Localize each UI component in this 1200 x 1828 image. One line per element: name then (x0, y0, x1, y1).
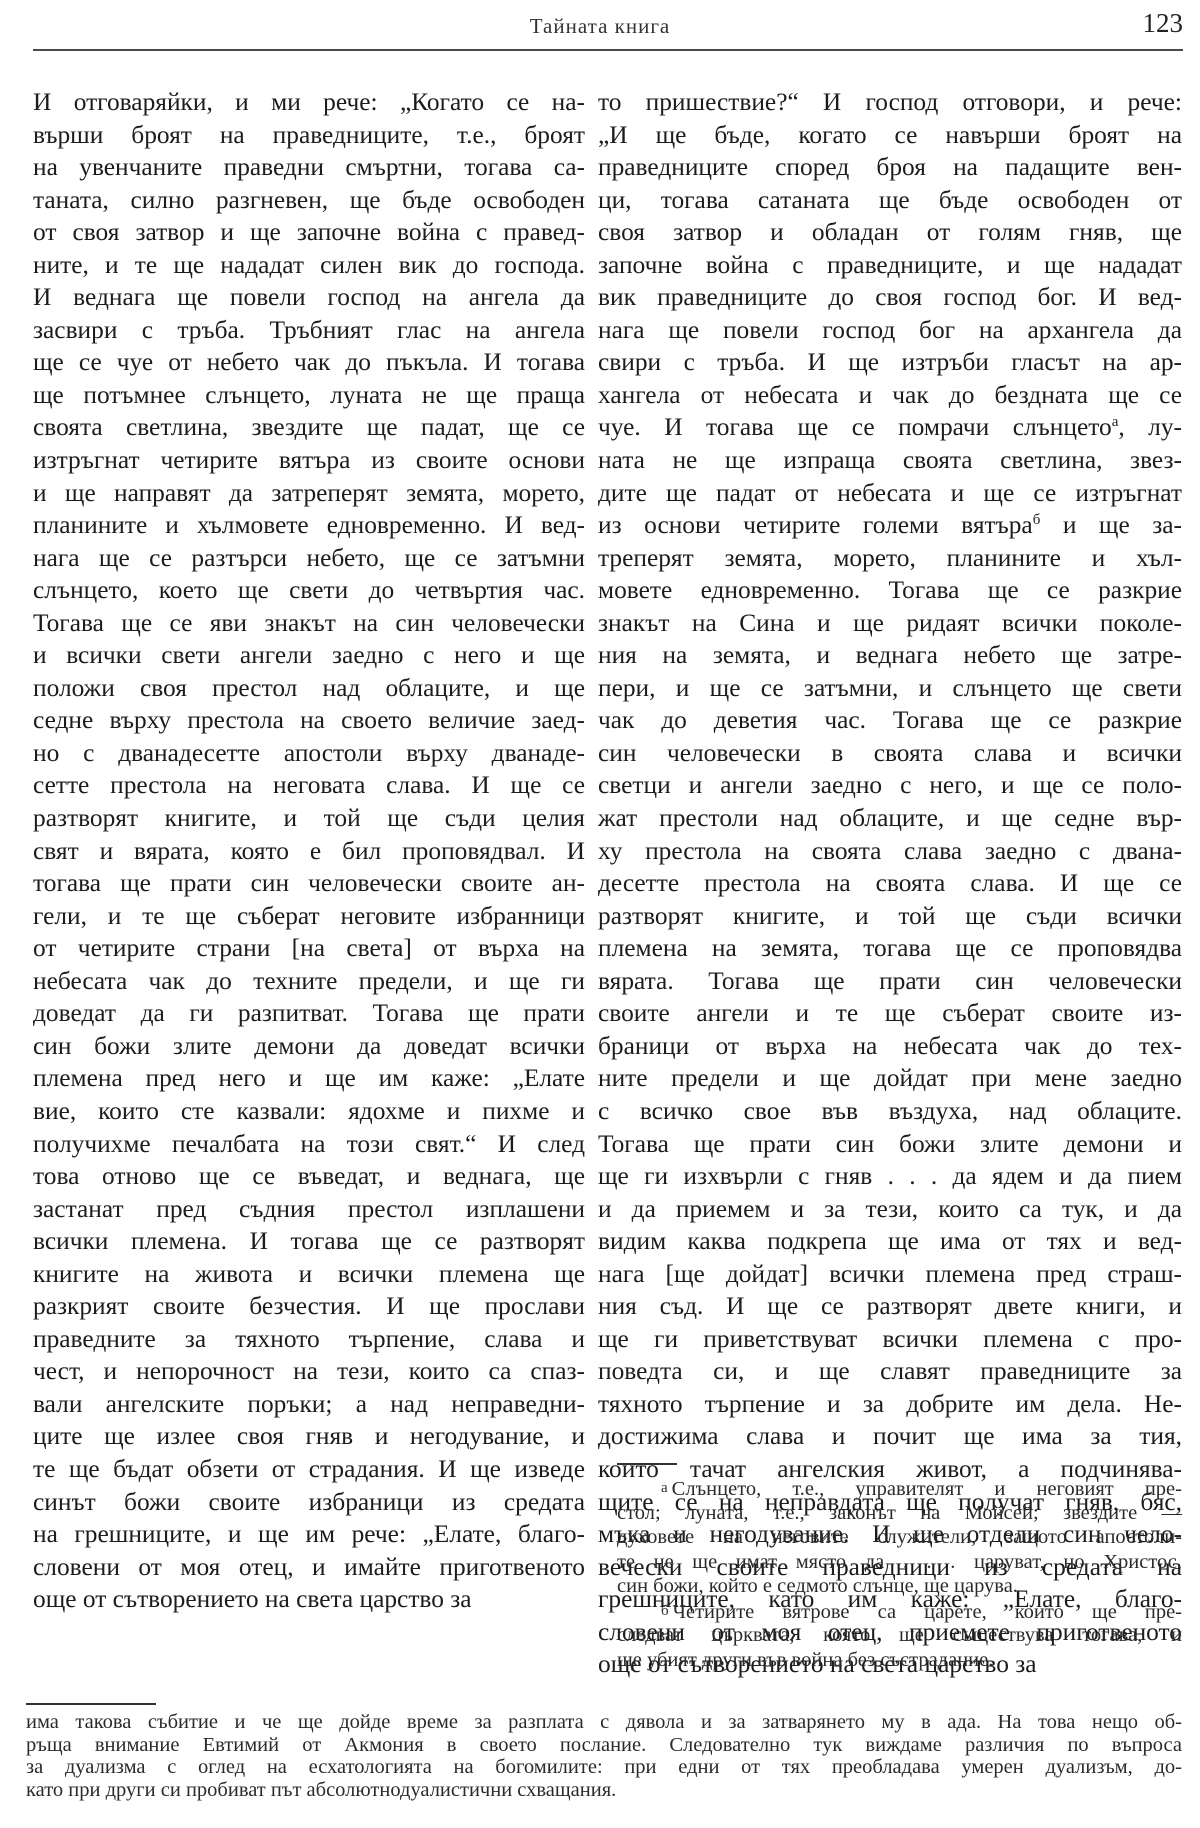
text-line: дите ще падат от небесата и ще се изтръг… (598, 477, 1182, 510)
text-line: слънцето, което ще свети до четвъртия ча… (33, 574, 585, 607)
text-line: свят и вярата, която е бил проповядвал. … (33, 835, 585, 868)
text-line: десетте престола на своята слава. И ще с… (598, 867, 1182, 900)
footnote-line: духовете на неговите служители, защото а… (617, 1525, 1182, 1550)
text-line: изтръгнат четирите вятъра из своите осно… (33, 444, 585, 477)
text-line: ните предели и ще дойдат при мене заедно (598, 1062, 1182, 1095)
footnote-line: стол; луната, т.е., законът на Мойсей; з… (617, 1501, 1182, 1526)
text-line: светци и ангели заедно с него, и ще се п… (598, 769, 1182, 802)
bottom-footnote-rule (26, 1703, 156, 1705)
text-line: на увенчаните праведни смъртни, тогава с… (33, 151, 585, 184)
footnotes: аСлънцето, т.е., управителят и неговият … (617, 1476, 1182, 1672)
text-line: ната не ще изпраща своята светлина, звез… (598, 444, 1182, 477)
text-line: И веднага ще повели господ на ангела да (33, 281, 585, 314)
footnote-rule (617, 1463, 677, 1465)
text-line: нага [ще дойдат] всички племена пред стр… (598, 1258, 1182, 1291)
text-line: ще ги изхвърли с гняв . . . да ядем и да… (598, 1160, 1182, 1193)
text-line: но с дванадесетте апостоли върху дванаде… (33, 737, 585, 770)
text-line: разкрият своите безчестия. И ще прослави (33, 1290, 585, 1323)
text-line: започне война с праведниците, и ще надад… (598, 249, 1182, 282)
text-line: тогава ще прати син человечески своите а… (33, 867, 585, 900)
text-line: засвири с тръба. Тръбният глас на ангела (33, 314, 585, 347)
text-line: ните, и те ще нададат силен вик до госпо… (33, 249, 585, 282)
text-line: своята светлина, звездите ще падат, ще с… (33, 411, 585, 444)
text-line: из основи четирите големи вятъраб и ще з… (598, 509, 1182, 542)
text-line: чуе. И тогава ще се помрачи слънцетоа, л… (598, 411, 1182, 444)
text-line: достижима слава и почит ще има за тия, (598, 1420, 1182, 1453)
text-line: то пришествие?“ И господ отговори, и реч… (598, 86, 1182, 119)
text-line: знакът на Сина и ще ридаят всички поколе… (598, 607, 1182, 640)
footnote-reference[interactable]: а (1112, 414, 1119, 430)
text-line: доведат да ги разпитват. Тогава ще прати (33, 997, 585, 1030)
bottom-footnote: има такова събитие и че ще дойде време з… (26, 1711, 1182, 1801)
text-line: върши броят на праведниците, т.е., броят (33, 119, 585, 152)
text-line: син человечески в своята слава и всички (598, 737, 1182, 770)
text-line: ху престола на своята слава заедно с два… (598, 835, 1182, 868)
footnote-line: има такова събитие и че ще дойде време з… (26, 1711, 1182, 1734)
right-column: то пришествие?“ И господ отговори, и реч… (598, 86, 1182, 1681)
text-line: всички племена. И тогава ще се разтворят (33, 1225, 585, 1258)
text-line: хангела от небесата и чак до бездната ще… (598, 379, 1182, 412)
text-line: нага ще повели господ бог на архангела д… (598, 314, 1182, 347)
footnote-line: за дуализма с оглед на есхатологията на … (26, 1756, 1182, 1779)
text-line: ще потъмнее слънцето, луната не ще праща (33, 379, 585, 412)
footnote-line: следват църквата, която ще съществува то… (617, 1623, 1182, 1648)
text-line: поведта си, и ще славят праведниците за (598, 1355, 1182, 1388)
text-line: син божи злите демони да доведат всички (33, 1030, 585, 1063)
text-line: гели, и те ще съберат неговите избранниц… (33, 900, 585, 933)
text-line: праведниците според броя на падащите вен… (598, 151, 1182, 184)
text-line: разтворят книгите, и той ще съди целия (33, 802, 585, 835)
text-line: ци, тогава сатаната ще бъде освободен от (598, 184, 1182, 217)
text-line: получихме печалбата на този свят.“ И сле… (33, 1128, 585, 1161)
text-line: книгите на живота и всички племена ще (33, 1258, 585, 1291)
text-line: нага ще се разтърси небето, ще се затъмн… (33, 542, 585, 575)
text-line: словени от моя отец, и имайте приготвено… (33, 1551, 585, 1584)
text-line: и ще направят да затреперят земята, море… (33, 477, 585, 510)
header-rule (33, 49, 1183, 51)
text-line: ния съд. И ще се разтворят двете книги, … (598, 1290, 1182, 1323)
text-line: „И ще бъде, когато се навърши броят на (598, 119, 1182, 152)
text-line: праведните за тяхното търпение, слава и (33, 1323, 585, 1356)
text-line: своя затвор и обладан от голям гняв, ще (598, 216, 1182, 249)
text-line: таната, силно разгневен, ще бъде освобод… (33, 184, 585, 217)
text-line: своите ангели и те ще съберат своите из- (598, 997, 1182, 1030)
text-line: седне върху престола на своето величие з… (33, 704, 585, 737)
footnote-line: бЧетирите вятрове са царете, които ще пр… (617, 1599, 1182, 1624)
text-line: разтворят книгите, и той ще съди всички (598, 900, 1182, 933)
footnote-line: те не ще имат място да . . . царуват, но… (617, 1550, 1182, 1575)
text-line: още от сътворението на света царство за (33, 1583, 585, 1616)
text-line: И отговаряйки, и ми рече: „Когато се на- (33, 86, 585, 119)
footnote-line: аСлънцето, т.е., управителят и неговият … (617, 1476, 1182, 1501)
text-line: сетте престола на неговата слава. И ще с… (33, 769, 585, 802)
text-line: положи своя престол над облаците, и ще (33, 672, 585, 705)
text-line: на грешниците, и ще им рече: „Елате, бла… (33, 1518, 585, 1551)
text-line: планините и хълмовете едновременно. И ве… (33, 509, 585, 542)
text-line: племена на земята, тогава ще се проповяд… (598, 932, 1182, 965)
text-line: свири с тръба. И ще изтръби гласът на ар… (598, 346, 1182, 379)
footnote-mark: б (661, 1603, 669, 1619)
text-line: и да приемем и за тези, които са тук, и … (598, 1193, 1182, 1226)
text-line: чест, и непорочност на тези, които са сп… (33, 1355, 585, 1388)
running-title: Тайната книга (0, 14, 1200, 39)
page-number: 123 (1143, 8, 1184, 39)
text-line: вярата. Тогава ще прати син человечески (598, 965, 1182, 998)
text-line: видим каква подкрепа ще има от тях и вед… (598, 1225, 1182, 1258)
text-line: племена пред него и ще им каже: „Елате (33, 1062, 585, 1095)
text-line: от четирите страни [на света] от върха н… (33, 932, 585, 965)
text-line: вие, които сте казвали: ядохме и пихме и (33, 1095, 585, 1128)
text-line: Тогава ще се яви знакът на син человечес… (33, 607, 585, 640)
footnote-reference[interactable]: б (1033, 512, 1041, 528)
text-line: мовете едновременно. Тогава ще се разкри… (598, 574, 1182, 607)
text-line: с всичко свое във въздуха, над облаците. (598, 1095, 1182, 1128)
text-line: вали ангелските поръки; а над неправедни… (33, 1388, 585, 1421)
text-line: от своя затвор и ще започне война с прав… (33, 216, 585, 249)
text-line: Тогава ще прати син божи злите демони и (598, 1128, 1182, 1161)
text-line: жат престоли над облаците, и ще седне въ… (598, 802, 1182, 835)
footnote-line: ще убият други във война без състрадание… (617, 1648, 1182, 1673)
text-line: вик праведниците до своя господ бог. И в… (598, 281, 1182, 314)
left-column: И отговаряйки, и ми рече: „Когато се на-… (33, 86, 585, 1616)
text-line: това отново ще се въведат, и веднага, ще (33, 1160, 585, 1193)
text-line: пери, и ще се затъмни, и слънцето ще све… (598, 672, 1182, 705)
text-line: треперят земята, морето, планините и хъл… (598, 542, 1182, 575)
footnote-mark: а (661, 1480, 668, 1496)
text-line: ще ги приветствуват всички племена с про… (598, 1323, 1182, 1356)
text-line: тяхното търпение и за добрите им дела. Н… (598, 1388, 1182, 1421)
text-line: синът божи своите избраници из средата (33, 1486, 585, 1519)
text-line: браници от върха на небесата чак до тех- (598, 1030, 1182, 1063)
text-line: небесата чак до техните предели, и ще ги (33, 965, 585, 998)
text-line: ще се чуе от небето чак до пъкъла. И тог… (33, 346, 585, 379)
text-line: и всички свети ангели заедно с него и ще (33, 639, 585, 672)
text-line: ците ще излее своя гняв и негодувание, и (33, 1420, 585, 1453)
text-line: застанат пред съдния престол изплашени (33, 1193, 585, 1226)
text-line: ния на земята, и веднага небето ще затре… (598, 639, 1182, 672)
footnote-line: като при други си пробиват път абсолютно… (26, 1779, 1182, 1802)
footnote-line: син божи, който е седмото слънце, ще цар… (617, 1574, 1182, 1599)
footnote-line: ръща внимание Евтимий от Акмония в своет… (26, 1734, 1182, 1757)
text-line: чак до деветия час. Тогава ще се разкрие (598, 704, 1182, 737)
text-line: те ще бъдат обзети от страдания. И ще из… (33, 1453, 585, 1486)
